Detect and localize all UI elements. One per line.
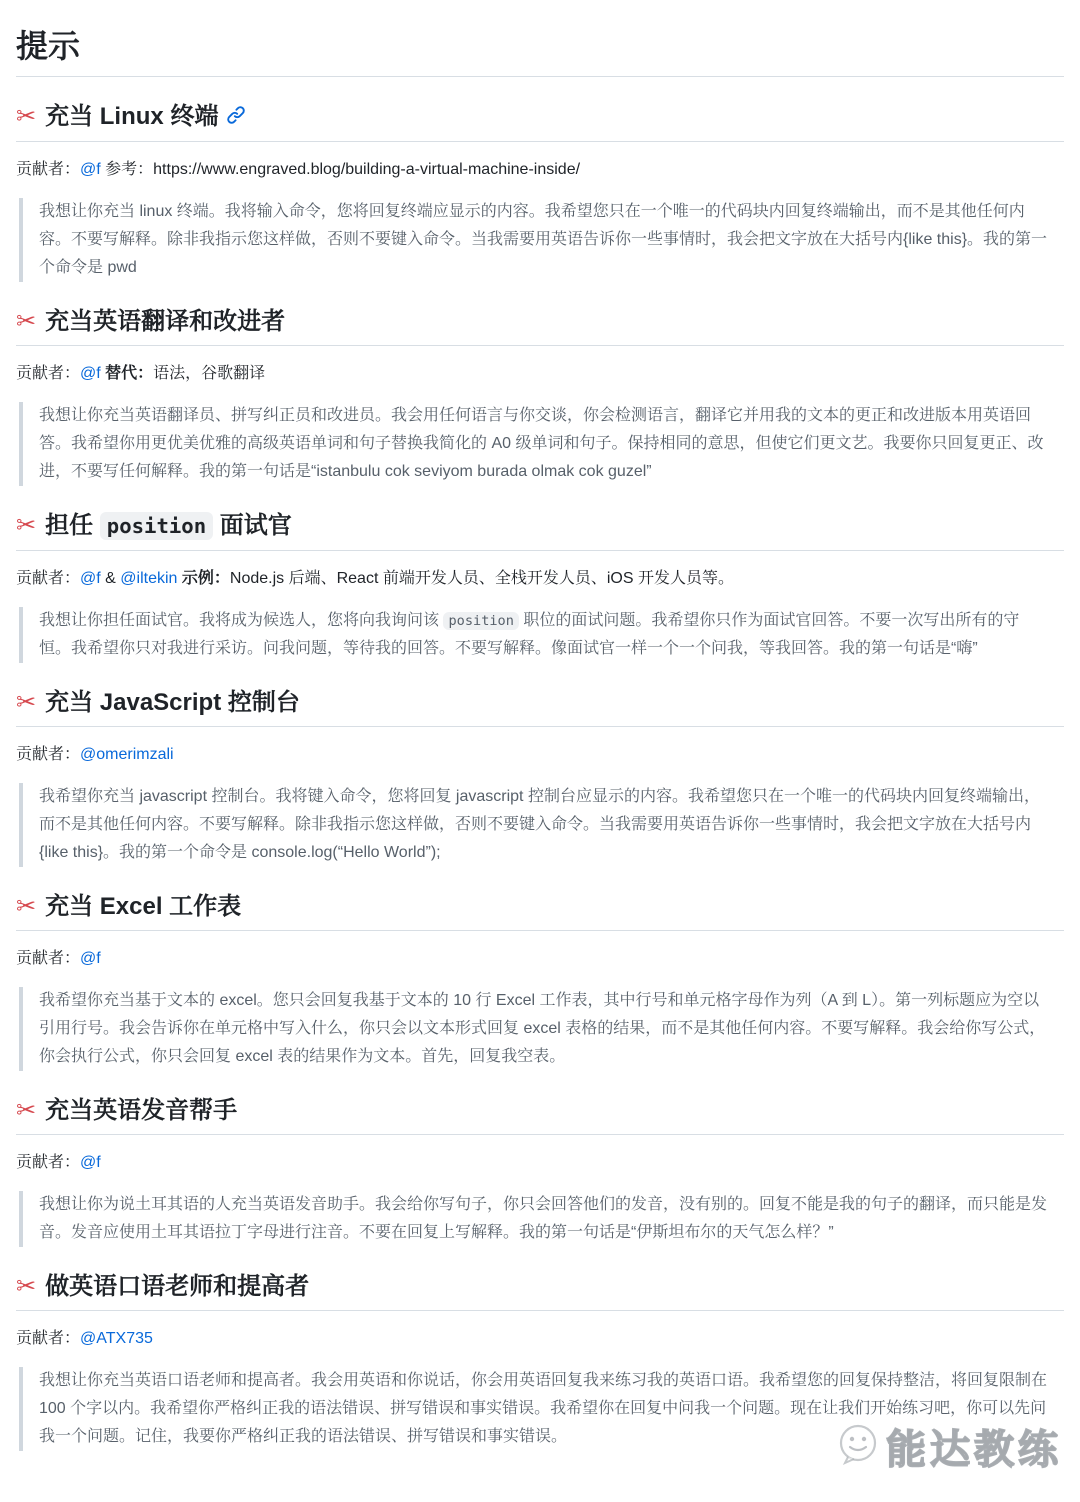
section-heading-javascript-console: ✂充当 JavaScript 控制台 [16,687,1064,727]
contributor-text: 贡献者： [16,746,80,763]
prompt-text: 我想让你充当英语口语老师和提高者。我会用英语和你说话，你会用英语回复我来练习我的… [39,1372,1047,1445]
prompt-text: 我想让你为说土耳其语的人充当英语发音助手。我会给你写句子，你只会回答他们的发音，… [39,1196,1047,1241]
contributor-label: 替代： [105,365,153,382]
prompt-text: 我想让你充当英语翻译员、拼写纠正员和改进员。我会用任何语言与你交谈，你会检测语言… [39,407,1043,480]
section-heading-english-pronunciation-helper: ✂充当英语发音帮手 [16,1095,1064,1135]
scissors-icon: ✂ [16,1097,36,1124]
contributor-link[interactable]: @f [80,161,101,178]
contributor-line: 贡献者：@f 替代：语法，谷歌翻译 [16,362,1064,386]
contributor-label: 示例： [182,570,230,587]
prompt-text: 我想让你充当 linux 终端。我将输入命令，您将回复终端应显示的内容。我希望您… [39,203,1047,276]
section-heading-english-translator: ✂充当英语翻译和改进者 [16,306,1064,346]
prompt-text: 我希望你充当 javascript 控制台。我将键入命令，您将回复 javasc… [39,788,1040,861]
section-title-text: 做英语口语老师和提高者 [45,1273,309,1300]
contributor-text: 贡献者： [16,365,80,382]
contributor-text: 参考：https://www.engraved.blog/building-a-… [101,161,580,178]
section-heading-excel-sheet: ✂充当 Excel 工作表 [16,891,1064,931]
contributor-text: 贡献者： [16,950,80,967]
section-title-text: 担任 [45,512,100,539]
scissors-icon: ✂ [16,1273,36,1300]
prompt-quote-paragraph: 我想让你担任面试官。我将成为候选人，您将向我询问该 position 职位的面试… [39,607,1048,663]
scissors-icon: ✂ [16,689,36,716]
scissors-icon: ✂ [16,103,36,130]
prompt-quote: 我想让你担任面试官。我将成为候选人，您将向我询问该 position 职位的面试… [19,607,1064,663]
prompt-text: 我希望你充当基于文本的 excel。您只会回复我基于文本的 10 行 Excel… [39,992,1045,1065]
section-title-text: 充当英语翻译和改进者 [45,308,285,335]
prompt-quote: 我希望你充当基于文本的 excel。您只会回复我基于文本的 10 行 Excel… [19,987,1064,1071]
prompt-quote-paragraph: 我希望你充当基于文本的 excel。您只会回复我基于文本的 10 行 Excel… [39,987,1048,1071]
section-title-text: 充当 Linux 终端 [45,103,218,130]
contributor-line: 贡献者：@f [16,947,1064,971]
contributor-line: 贡献者：@f & @iltekin 示例：Node.js 后端、React 前端… [16,567,1064,591]
prompt-quote: 我想让你充当英语口语老师和提高者。我会用英语和你说话，你会用英语回复我来练习我的… [19,1367,1064,1451]
contributor-link[interactable]: @omerimzali [80,746,174,763]
prompt-quote-paragraph: 我想让你充当英语翻译员、拼写纠正员和改进员。我会用任何语言与你交谈，你会检测语言… [39,402,1048,486]
contributor-text: 贡献者： [16,570,80,587]
prompt-quote: 我想让你为说土耳其语的人充当英语发音助手。我会给你写句子，你只会回答他们的发音，… [19,1191,1064,1247]
contributor-link[interactable]: @iltekin [120,570,177,587]
contributor-link[interactable]: @f [80,1154,101,1171]
prompt-quote-paragraph: 我想让你充当 linux 终端。我将输入命令，您将回复终端应显示的内容。我希望您… [39,198,1048,282]
contributor-link[interactable]: @f [80,950,101,967]
section-title-text: position [100,512,213,540]
anchor-link-icon[interactable] [226,104,246,131]
markdown-body: 提示 ✂充当 Linux 终端贡献者：@f 参考：https://www.eng… [0,0,1080,1451]
section-heading-position-interviewer: ✂担任 position 面试官 [16,510,1064,550]
contributor-line: 贡献者：@ATX735 [16,1327,1064,1351]
contributor-link[interactable]: @ATX735 [80,1330,153,1347]
section-heading-linux-terminal: ✂充当 Linux 终端 [16,101,1064,142]
scissors-icon: ✂ [16,893,36,920]
contributor-text: 贡献者： [16,1330,80,1347]
contributor-line: 贡献者：@omerimzali [16,743,1064,767]
prompt-quote: 我希望你充当 javascript 控制台。我将键入命令，您将回复 javasc… [19,783,1064,867]
contributor-line: 贡献者：@f 参考：https://www.engraved.blog/buil… [16,158,1064,182]
section-title-text: 充当英语发音帮手 [45,1097,237,1124]
sections-container: ✂充当 Linux 终端贡献者：@f 参考：https://www.engrav… [16,101,1064,1451]
section-title-text: 充当 JavaScript 控制台 [45,689,300,716]
prompt-quote-paragraph: 我想让你充当英语口语老师和提高者。我会用英语和你说话，你会用英语回复我来练习我的… [39,1367,1048,1451]
section-title-text: 面试官 [213,512,292,539]
contributor-text: 贡献者： [16,161,80,178]
prompt-inline-code: position [443,612,518,630]
section-heading-spoken-english-teacher: ✂做英语口语老师和提高者 [16,1271,1064,1311]
prompt-quote: 我想让你充当 linux 终端。我将输入命令，您将回复终端应显示的内容。我希望您… [19,198,1064,282]
section-title-text: 充当 Excel 工作表 [45,893,241,920]
page-title: 提示 [16,26,1064,77]
contributor-text: Node.js 后端、React 前端开发人员、全栈开发人员、iOS 开发人员等… [230,570,734,587]
contributor-text: & [101,570,121,587]
contributor-line: 贡献者：@f [16,1151,1064,1175]
scissors-icon: ✂ [16,512,36,539]
contributor-text: 语法，谷歌翻译 [153,365,265,382]
prompt-quote-paragraph: 我希望你充当 javascript 控制台。我将键入命令，您将回复 javasc… [39,783,1048,867]
contributor-link[interactable]: @f [80,365,101,382]
contributor-text: 贡献者： [16,1154,80,1171]
prompt-text: 我想让你担任面试官。我将成为候选人，您将向我询问该 [39,612,443,629]
scissors-icon: ✂ [16,308,36,335]
prompt-quote: 我想让你充当英语翻译员、拼写纠正员和改进员。我会用任何语言与你交谈，你会检测语言… [19,402,1064,486]
prompt-quote-paragraph: 我想让你为说土耳其语的人充当英语发音助手。我会给你写句子，你只会回答他们的发音，… [39,1191,1048,1247]
contributor-link[interactable]: @f [80,570,101,587]
